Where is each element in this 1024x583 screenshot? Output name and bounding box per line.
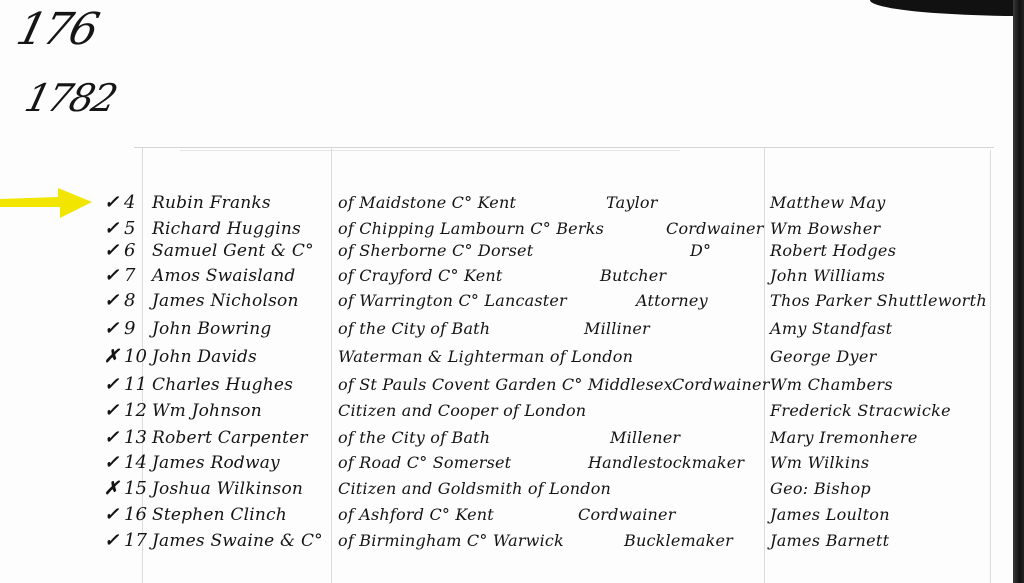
entry-master: Matthew May [770, 192, 886, 214]
entry-trade: Cordwainer [672, 374, 770, 396]
entry-number: 13 [124, 427, 150, 449]
entry-master: James Loulton [770, 504, 890, 526]
entry-place: Citizen and Goldsmith of London [338, 478, 611, 500]
entry-name: Wm Johnson [152, 400, 262, 422]
entry-trade: Handlestockmaker [588, 452, 744, 474]
entry-name: Robert Carpenter [152, 427, 308, 449]
entry-check-mark: ✓ [104, 265, 124, 287]
entry-master: Amy Standfast [770, 318, 892, 340]
entry-place: of Chipping Lambourn C° Berks [338, 218, 604, 240]
year-heading: 1782 [21, 76, 121, 120]
entry-name: Stephen Clinch [152, 504, 287, 526]
entry-number: 4 [124, 192, 150, 214]
entry-number: 9 [124, 318, 150, 340]
entry-check-mark: ✓ [104, 452, 124, 474]
entry-trade: Millener [610, 427, 680, 449]
entry-place: Citizen and Cooper of London [338, 400, 586, 422]
entry-number: 12 [124, 400, 150, 422]
register-entry: ✓17James Swaine & C°of Birmingham C° War… [0, 530, 1024, 552]
entry-name: Charles Hughes [152, 374, 293, 396]
ledger-top-rule [134, 147, 994, 148]
entry-check-mark: ✓ [104, 374, 124, 396]
entry-master: George Dyer [770, 346, 877, 368]
entry-trade: Cordwainer [666, 218, 764, 240]
entry-check-mark: ✓ [104, 504, 124, 526]
entry-number: 10 [124, 346, 150, 368]
register-entry: ✓13Robert Carpenterof the City of BathMi… [0, 427, 1024, 449]
register-entry: ✓16Stephen Clinchof Ashford C° KentCordw… [0, 504, 1024, 526]
entry-number: 16 [124, 504, 150, 526]
entry-master: Frederick Stracwicke [770, 400, 951, 422]
entry-master: Robert Hodges [770, 240, 896, 262]
entry-name: James Swaine & C° [152, 530, 323, 552]
entry-master: Wm Wilkins [770, 452, 869, 474]
entry-check-mark: ✓ [104, 192, 124, 214]
entry-trade: Butcher [600, 265, 666, 287]
register-entry: ✓5Richard Hugginsof Chipping Lambourn C°… [0, 218, 1024, 240]
register-entry: ✓14James Rodwayof Road C° SomersetHandle… [0, 452, 1024, 474]
entry-master: James Barnett [770, 530, 889, 552]
entry-trade: Milliner [584, 318, 650, 340]
book-edge-top [870, 0, 1024, 16]
entry-number: 17 [124, 530, 150, 552]
entry-place: of the City of Bath [338, 318, 490, 340]
entry-check-mark: ✓ [104, 240, 124, 262]
entry-place: of Crayford C° Kent [338, 265, 503, 287]
year-heading-top: 176 [12, 4, 103, 55]
entry-number: 8 [124, 290, 150, 312]
entry-check-mark: ✓ [104, 400, 124, 422]
entry-trade: Taylor [606, 192, 658, 214]
entry-number: 15 [124, 478, 150, 500]
entry-master: Mary Iremonhere [770, 427, 918, 449]
entry-number: 11 [124, 374, 150, 396]
entry-name: Amos Swaisland [152, 265, 295, 287]
entry-place: of Road C° Somerset [338, 452, 511, 474]
entry-place: of Sherborne C° Dorset [338, 240, 533, 262]
register-entry: ✓4Rubin Franksof Maidstone C° KentTaylor… [0, 192, 1024, 214]
entry-master: John Williams [770, 265, 885, 287]
register-entry: ✗15Joshua WilkinsonCitizen and Goldsmith… [0, 478, 1024, 500]
entry-place: Waterman & Lighterman of London [338, 346, 633, 368]
register-entry: ✓9John Bowringof the City of BathMilline… [0, 318, 1024, 340]
entry-place: of Maidstone C° Kent [338, 192, 516, 214]
entry-place: of the City of Bath [338, 427, 490, 449]
entry-place: of Warrington C° Lancaster [338, 290, 567, 312]
entry-place: of Ashford C° Kent [338, 504, 494, 526]
entry-master: Geo: Bishop [770, 478, 871, 500]
entry-trade: Bucklemaker [624, 530, 733, 552]
register-entry: ✗10John DavidsWaterman & Lighterman of L… [0, 346, 1024, 368]
entry-name: Samuel Gent & C° [152, 240, 314, 262]
entry-master: Wm Chambers [770, 374, 893, 396]
entry-check-mark: ✓ [104, 290, 124, 312]
register-entry: ✓7Amos Swaislandof Crayford C° KentButch… [0, 265, 1024, 287]
entry-check-mark: ✓ [104, 318, 124, 340]
entry-place: of Birmingham C° Warwick [338, 530, 564, 552]
entry-name: Joshua Wilkinson [152, 478, 303, 500]
entry-check-mark: ✗ [104, 478, 124, 500]
entry-number: 6 [124, 240, 150, 262]
entry-trade: D° [690, 240, 711, 262]
register-entry: ✓12Wm JohnsonCitizen and Cooper of Londo… [0, 400, 1024, 422]
entry-place: of St Pauls Covent Garden C° Middlesex [338, 374, 673, 396]
ledger-top-rule-2 [180, 150, 680, 151]
entry-name: Richard Huggins [152, 218, 301, 240]
register-entry: ✓8James Nicholsonof Warrington C° Lancas… [0, 290, 1024, 312]
entry-check-mark: ✓ [104, 530, 124, 552]
entry-check-mark: ✗ [104, 346, 124, 368]
entry-number: 14 [124, 452, 150, 474]
entry-master: Wm Bowsher [770, 218, 880, 240]
entry-number: 5 [124, 218, 150, 240]
entry-master: Thos Parker Shuttleworth [770, 290, 987, 312]
entry-name: James Nicholson [152, 290, 299, 312]
entry-name: John Bowring [152, 318, 271, 340]
register-page: 176 1782 ✓4Rubin Franksof Maidstone C° K… [0, 0, 1024, 583]
entry-trade: Attorney [636, 290, 708, 312]
entry-name: John Davids [152, 346, 257, 368]
register-entry: ✓11Charles Hughesof St Pauls Covent Gard… [0, 374, 1024, 396]
entry-trade: Cordwainer [578, 504, 676, 526]
entry-number: 7 [124, 265, 150, 287]
entry-name: Rubin Franks [152, 192, 271, 214]
entry-check-mark: ✓ [104, 218, 124, 240]
entry-check-mark: ✓ [104, 427, 124, 449]
entry-name: James Rodway [152, 452, 280, 474]
register-entry: ✓6Samuel Gent & C°of Sherborne C° Dorset… [0, 240, 1024, 262]
